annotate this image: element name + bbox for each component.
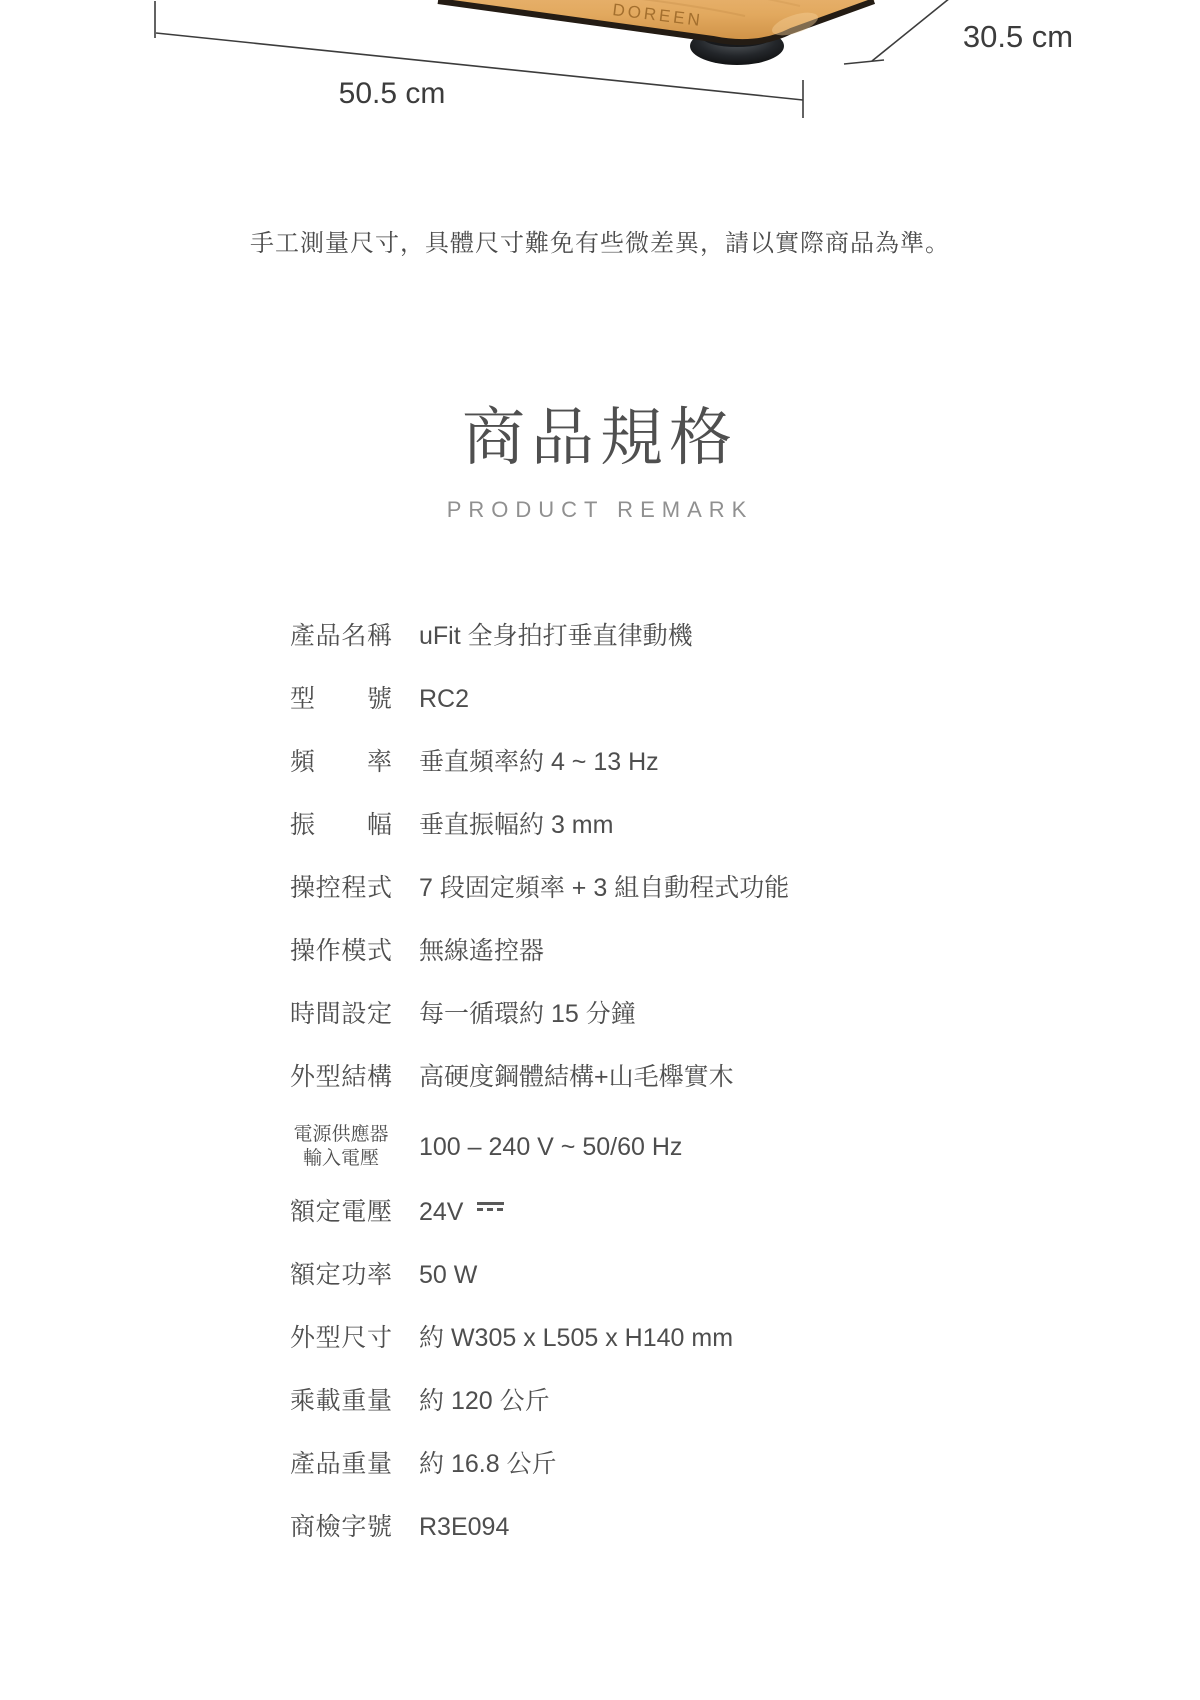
spec-row-certification: 商檢字號 R3E094 bbox=[290, 1510, 1200, 1544]
spec-label: 電源供應器 輸入電壓 bbox=[280, 1123, 402, 1171]
dimension-line-depth bbox=[844, 0, 950, 64]
spec-value: 約 W305 x L505 x H140 mm bbox=[419, 1321, 733, 1355]
spec-value: uFit 全身拍打垂直律動機 bbox=[419, 619, 693, 653]
spec-value: R3E094 bbox=[419, 1510, 509, 1544]
spec-row-rated-voltage: 額定電壓 24V bbox=[290, 1195, 1200, 1229]
wood-block: DOREEN bbox=[438, 0, 905, 42]
section-title: 商品規格 bbox=[0, 406, 1200, 470]
spec-row-structure: 外型結構 高硬度鋼體結構+山毛櫸實木 bbox=[290, 1060, 1200, 1094]
spec-row-operation-mode: 操作模式 無線遙控器 bbox=[290, 934, 1200, 968]
spec-value: 垂直頻率約 4 ~ 13 Hz bbox=[419, 745, 659, 779]
spec-value: RC2 bbox=[419, 682, 469, 716]
spec-value: 7 段固定頻率 + 3 組自動程式功能 bbox=[419, 871, 789, 905]
dc-symbol-icon bbox=[477, 1202, 504, 1212]
spec-row-amplitude: 振幅 垂直振幅約 3 mm bbox=[290, 808, 1200, 842]
spec-label: 產品名稱 bbox=[290, 619, 392, 653]
spec-label: 型號 bbox=[290, 682, 392, 716]
spec-row-rated-power: 額定功率 50 W bbox=[290, 1258, 1200, 1292]
spec-row-dimensions: 外型尺寸 約 W305 x L505 x H140 mm bbox=[290, 1321, 1200, 1355]
spec-value: 無線遙控器 bbox=[419, 934, 544, 968]
spec-value: 垂直振幅約 3 mm bbox=[419, 808, 613, 842]
spec-label: 振幅 bbox=[290, 808, 392, 842]
spec-row-max-load: 乘載重量 約 120 公斤 bbox=[290, 1384, 1200, 1418]
spec-row-power-supply: 電源供應器 輸入電壓 100 – 240 V ~ 50/60 Hz bbox=[290, 1123, 1200, 1171]
dimension-depth-label: 30.5 cm bbox=[963, 19, 1073, 54]
spec-value: 50 W bbox=[419, 1258, 477, 1292]
spec-value: 24V bbox=[419, 1195, 463, 1229]
spec-row-frequency: 頻率 垂直頻率約 4 ~ 13 Hz bbox=[290, 745, 1200, 779]
spec-value: 約 120 公斤 bbox=[419, 1384, 550, 1418]
spec-label: 額定電壓 bbox=[290, 1195, 392, 1229]
spec-label: 外型尺寸 bbox=[290, 1321, 392, 1355]
spec-table: 產品名稱 uFit 全身拍打垂直律動機 型號 RC2 頻率 垂直頻率約 4 ~ … bbox=[290, 619, 1200, 1544]
spec-label: 額定功率 bbox=[290, 1258, 392, 1292]
section-subtitle: PRODUCT REMARK bbox=[0, 498, 1200, 522]
spec-label: 時間設定 bbox=[290, 997, 392, 1031]
product-photo-canvas: DOREEN 50.5 cm 30.5 cm bbox=[0, 0, 1200, 132]
spec-value: 高硬度鋼體結構+山毛櫸實木 bbox=[419, 1060, 734, 1094]
spec-label: 操作模式 bbox=[290, 934, 392, 968]
hero-product-image: DOREEN 50.5 cm 30.5 cm bbox=[0, 0, 1200, 132]
spec-row-programs: 操控程式 7 段固定頻率 + 3 組自動程式功能 bbox=[290, 871, 1200, 905]
spec-row-timer: 時間設定 每一循環約 15 分鐘 bbox=[290, 997, 1200, 1031]
spec-label: 操控程式 bbox=[290, 871, 392, 905]
spec-row-product-weight: 產品重量 約 16.8 公斤 bbox=[290, 1447, 1200, 1481]
dimension-width-label: 50.5 cm bbox=[339, 77, 446, 110]
spec-label: 商檢字號 bbox=[290, 1510, 392, 1544]
spec-label: 產品重量 bbox=[290, 1447, 392, 1481]
spec-row-product-name: 產品名稱 uFit 全身拍打垂直律動機 bbox=[290, 619, 1200, 653]
measurement-disclaimer: 手工測量尺寸，具體尺寸難免有些微差異，請以實際商品為準。 bbox=[0, 228, 1200, 260]
spec-label: 外型結構 bbox=[290, 1060, 392, 1094]
spec-value: 100 – 240 V ~ 50/60 Hz bbox=[419, 1130, 682, 1164]
spec-label: 乘載重量 bbox=[290, 1384, 392, 1418]
spec-label: 頻率 bbox=[290, 745, 392, 779]
spec-row-model: 型號 RC2 bbox=[290, 682, 1200, 716]
spec-value: 約 16.8 公斤 bbox=[419, 1447, 557, 1481]
spec-value: 每一循環約 15 分鐘 bbox=[419, 997, 636, 1031]
